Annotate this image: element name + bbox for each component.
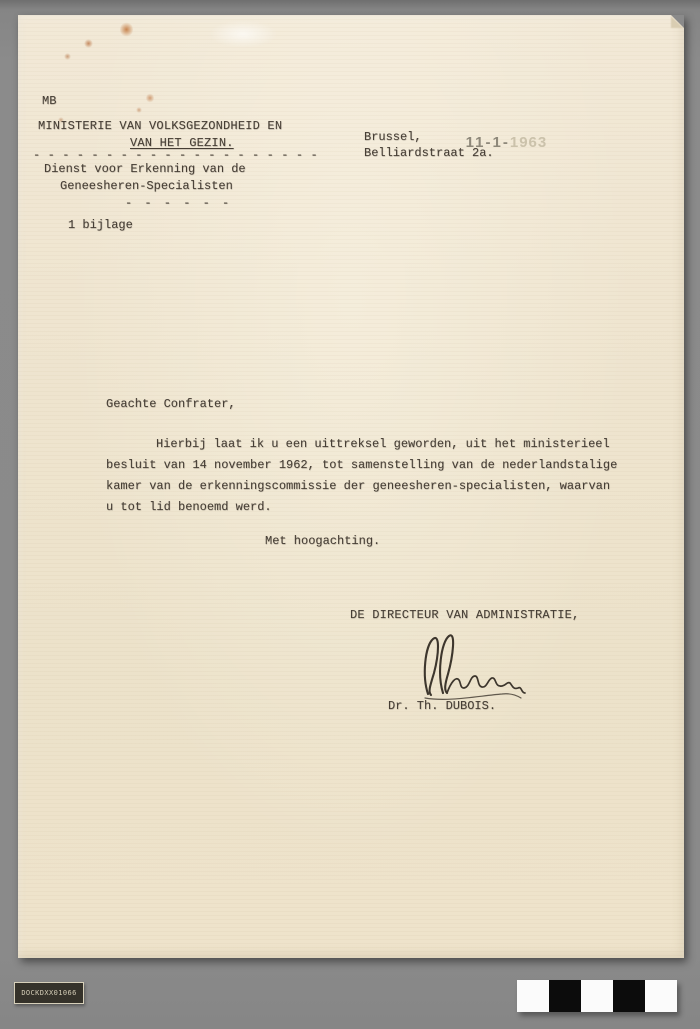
scale-bar-square xyxy=(581,980,613,1012)
signatory-title: DE DIRECTEUR VAN ADMINISTRATIE, xyxy=(350,609,579,621)
body-paragraph: Hierbij laat ik u een uittreksel geworde… xyxy=(106,434,626,518)
rust-stain xyxy=(146,93,154,103)
service-name-line1: Dienst voor Erkenning van de xyxy=(44,163,246,175)
calibration-scale-bar xyxy=(517,980,677,1012)
date-stamp: 11-1-1963 xyxy=(441,117,547,168)
enclosure-note: 1 bijlage xyxy=(68,219,133,231)
salutation: Geachte Confrater, xyxy=(106,398,236,410)
address-street: Belliardstraat 2a. xyxy=(364,147,494,159)
address-city: Brussel, xyxy=(364,131,422,143)
signatory-name: Dr. Th. DUBOIS. xyxy=(388,700,496,712)
letterhead-dash-rule: - - - - - - - - - - - - - - - - - - - - xyxy=(33,149,318,161)
rust-stain xyxy=(84,39,93,48)
ministry-name-line1: MINISTERIE VAN VOLKSGEZONDHEID EN xyxy=(38,120,282,132)
body-line: Hierbij laat ik u een uittreksel geworde… xyxy=(106,434,626,455)
service-dash-rule: - - - - - - xyxy=(125,197,232,209)
annotation-mb: MB xyxy=(42,95,56,107)
body-line: kamer van de erkenningscommissie der gen… xyxy=(106,476,626,497)
scanned-letter-page: { "letter": { "annotation": "MB", "lette… xyxy=(0,0,700,1029)
rust-stain xyxy=(136,107,142,113)
closing-phrase: Met hoogachting. xyxy=(265,535,380,547)
scale-bar-square xyxy=(645,980,677,1012)
scale-bar-square xyxy=(549,980,581,1012)
service-name-line2: Geneesheren-Specialisten xyxy=(60,180,233,192)
scale-bar-square xyxy=(613,980,645,1012)
rust-stain xyxy=(120,22,133,37)
archive-label-text: DOCKDXX01066 xyxy=(21,990,76,997)
handwritten-signature xyxy=(398,624,533,706)
body-line: besluit van 14 november 1962, tot samens… xyxy=(106,455,626,476)
archive-label: DOCKDXX01066 xyxy=(14,982,84,1004)
scale-bar-square xyxy=(517,980,549,1012)
letter-paper: MB MINISTERIE VAN VOLKSGEZONDHEID EN VAN… xyxy=(18,15,684,958)
body-line: u tot lid benoemd werd. xyxy=(106,497,626,518)
paper-smudge xyxy=(208,20,278,48)
date-stamp-year: 1963 xyxy=(510,134,547,151)
rust-stain xyxy=(64,53,71,60)
paper-corner-fold-shade xyxy=(671,16,683,28)
